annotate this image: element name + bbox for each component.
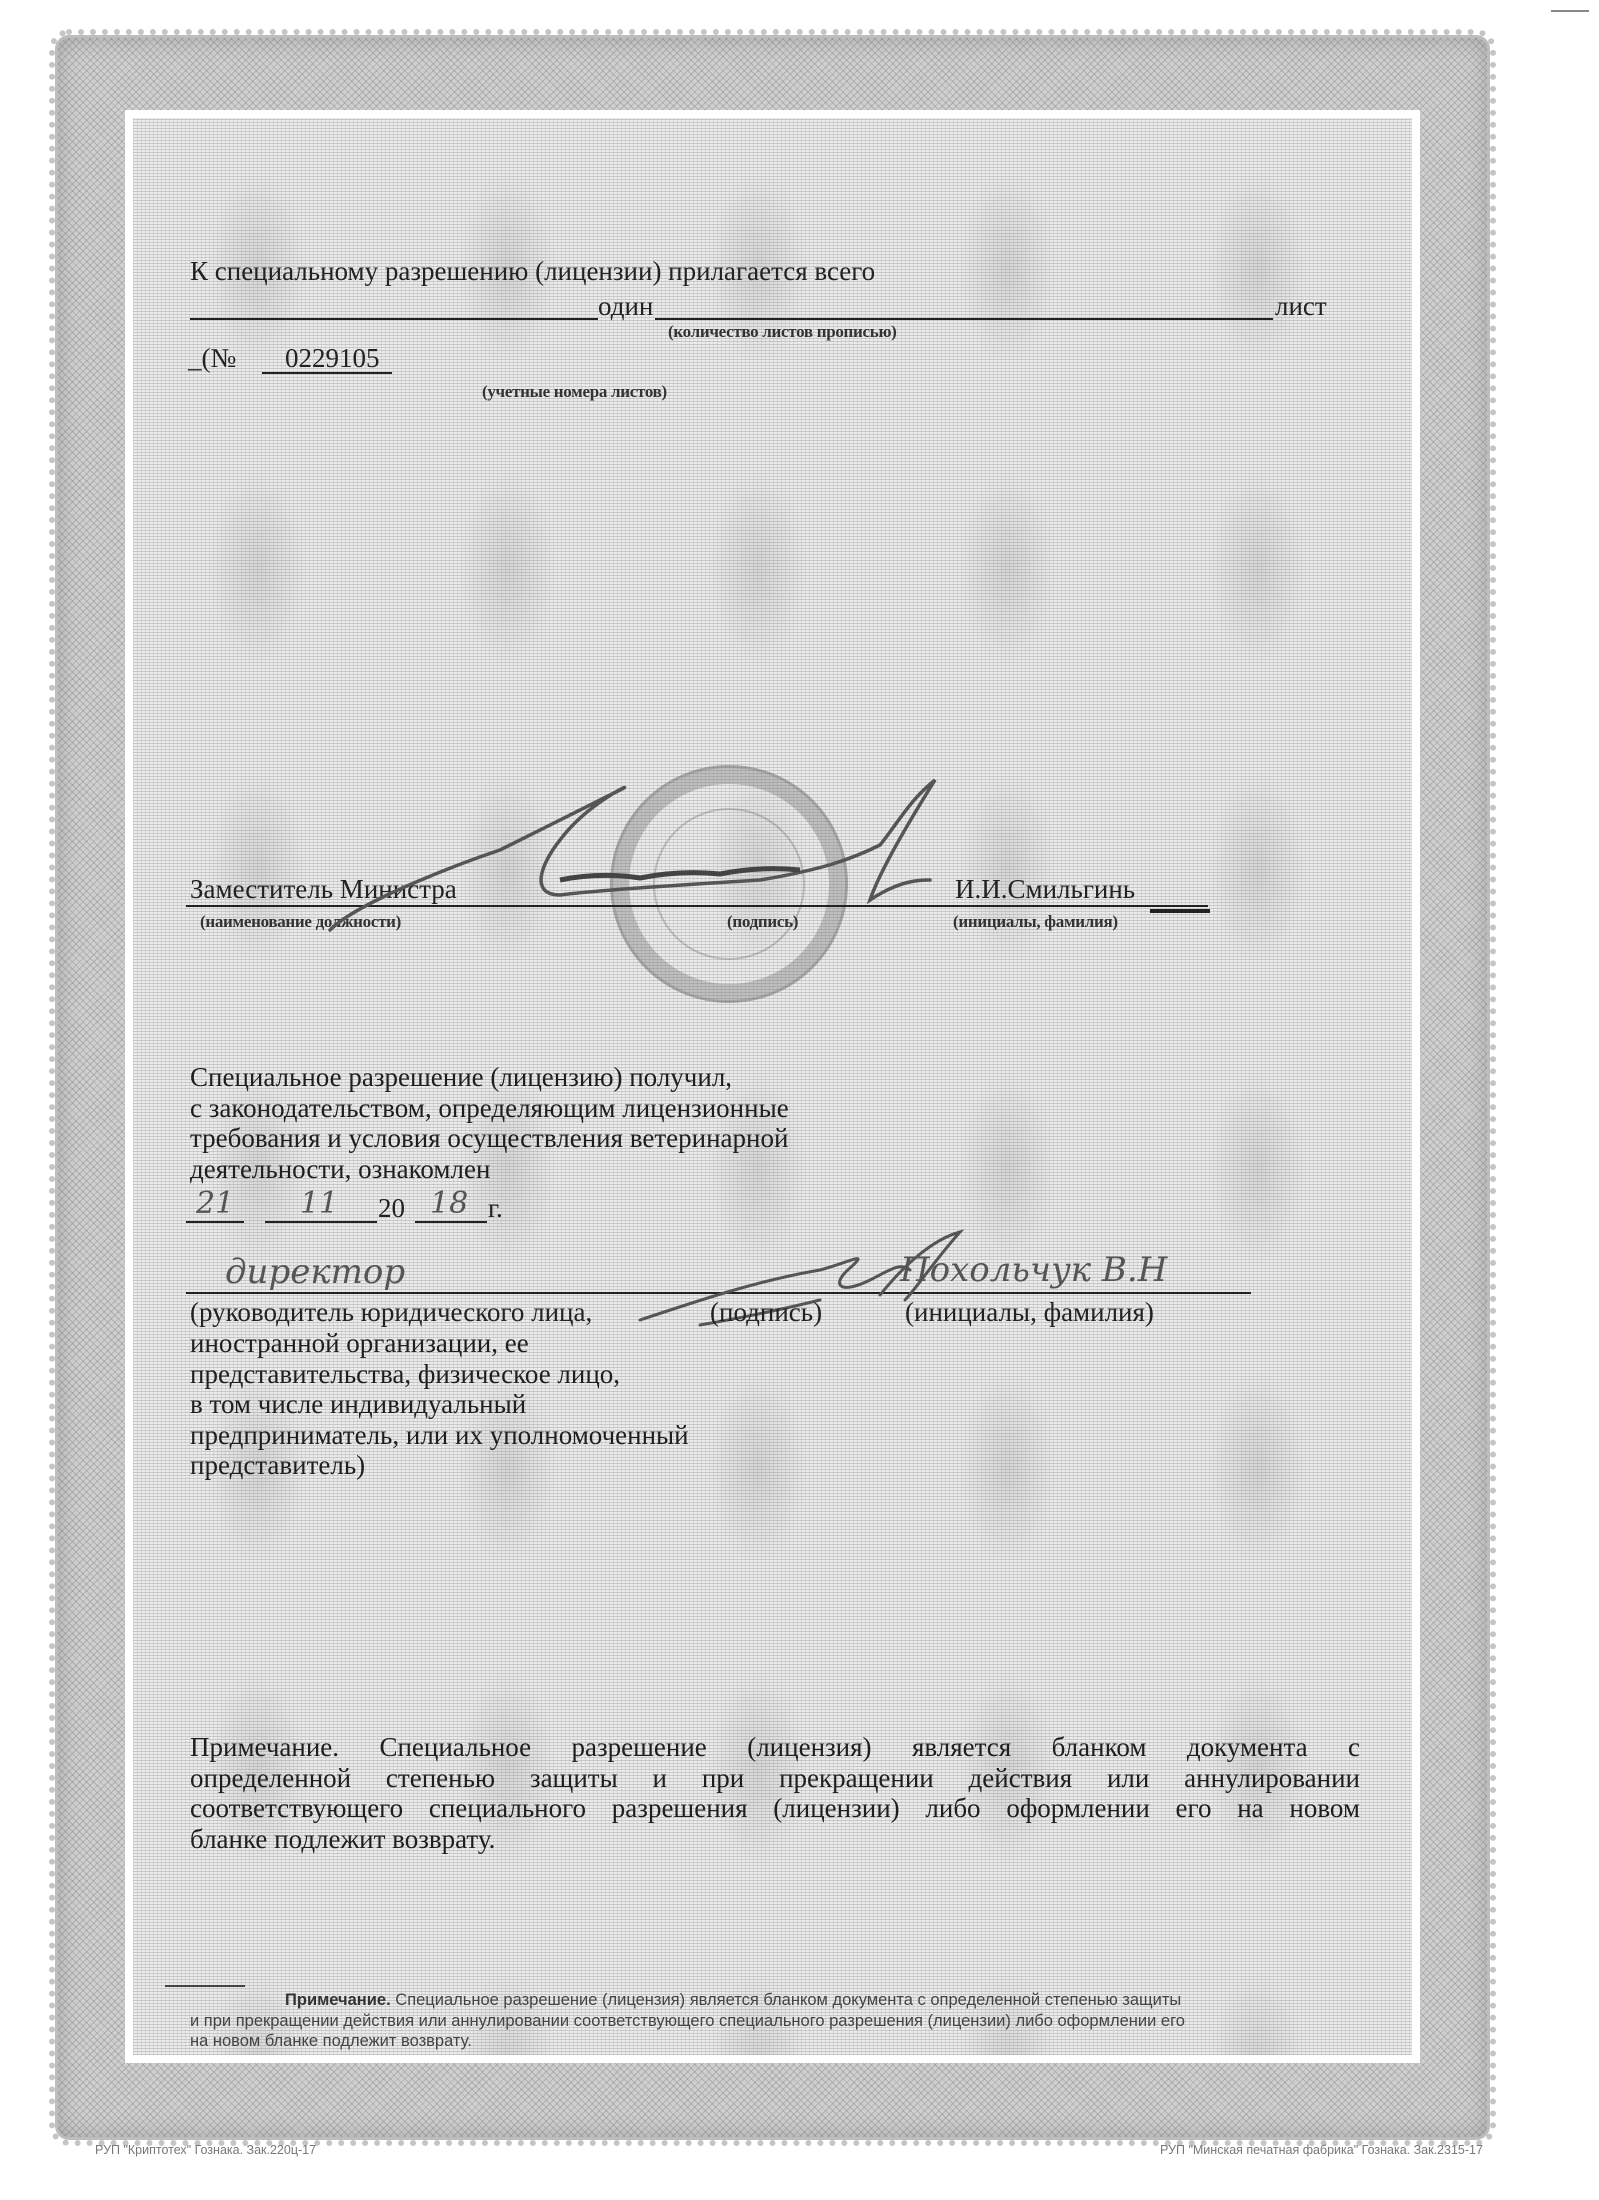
- footnote-text: и при прекращении действия или аннулиров…: [190, 2011, 1325, 2032]
- footnote-text: на новом бланке подлежит возврату.: [190, 2031, 1325, 2052]
- footnote-label: Примечание.: [285, 1991, 391, 2009]
- recipient-name-caption: (инициалы, фамилия): [905, 1297, 1154, 1327]
- note-line: соответствующего специального разрешения…: [190, 1793, 1360, 1824]
- role-caption-line: представитель): [190, 1450, 890, 1481]
- footnote-rule: [165, 1985, 245, 1987]
- recipient-signature-caption: (подпись): [710, 1297, 822, 1327]
- note-line: определенной степенью защиты и при прекр…: [190, 1763, 1360, 1794]
- role-caption-first: (руководитель юридического лица,: [190, 1297, 592, 1327]
- role-caption-line: предприниматель, или их уполномоченный: [190, 1420, 890, 1451]
- printer-credit-left: РУП "Криптотех" Гознака. Зак.220ц-17: [95, 2143, 316, 2157]
- note-line: Примечание. Специальное разрешение (лице…: [190, 1732, 1360, 1763]
- role-caption-line: иностранной организации, ее: [190, 1328, 890, 1359]
- printed-footnote: Примечание. Специальное разрешение (лице…: [190, 1990, 1325, 2052]
- note-line: бланке подлежит возврату.: [190, 1824, 1360, 1855]
- printer-credit-right: РУП "Минская печатная фабрика" Гознака. …: [1160, 2143, 1483, 2157]
- role-caption-line: в том числе индивидуальный: [190, 1389, 890, 1420]
- footnote-text: Специальное разрешение (лицензия) являет…: [391, 1991, 1182, 2009]
- note-paragraph: Примечание. Специальное разрешение (лице…: [190, 1732, 1360, 1854]
- recipient-signature: [0, 0, 1599, 2200]
- role-caption: иностранной организации, ее представител…: [190, 1328, 890, 1481]
- role-caption-line: представительства, физическое лицо,: [190, 1359, 890, 1390]
